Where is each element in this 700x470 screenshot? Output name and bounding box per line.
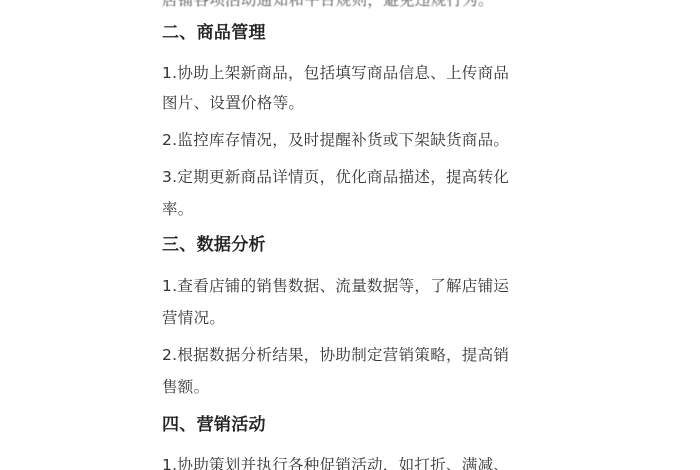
paragraph-line: 2.根据数据分析结果，协助制定营销策略，提高销 [162,345,542,365]
paragraph-line: 售额。 [162,377,542,397]
document-page: 店铺各项活动通知和平台规则，避免违规行为。 二、商品管理 1.协助上架新商品，包… [0,0,700,470]
paragraph-line: 1.协助上架新商品，包括填写商品信息、上传商品 [162,63,542,83]
paragraph-line: 营情况。 [162,308,542,328]
paragraph-line: 3.定期更新商品详情页，优化商品描述，提高转化 [162,167,542,187]
paragraph-line: 1.协助策划并执行各种促销活动，如打折、满减、 [162,455,542,470]
paragraph-line: 2.监控库存情况，及时提醒补货或下架缺货商品。 [162,130,542,150]
paragraph-line: 1.查看店铺的销售数据、流量数据等，了解店铺运 [162,276,542,296]
section-heading: 四、营销活动 [162,415,542,435]
section-heading: 二、商品管理 [162,23,542,43]
paragraph-line: 率。 [162,199,542,219]
paragraph-line: 图片、设置价格等。 [162,93,542,113]
cut-off-text-line: 店铺各项活动通知和平台规则，避免违规行为。 [162,0,542,10]
section-heading: 三、数据分析 [162,235,542,255]
